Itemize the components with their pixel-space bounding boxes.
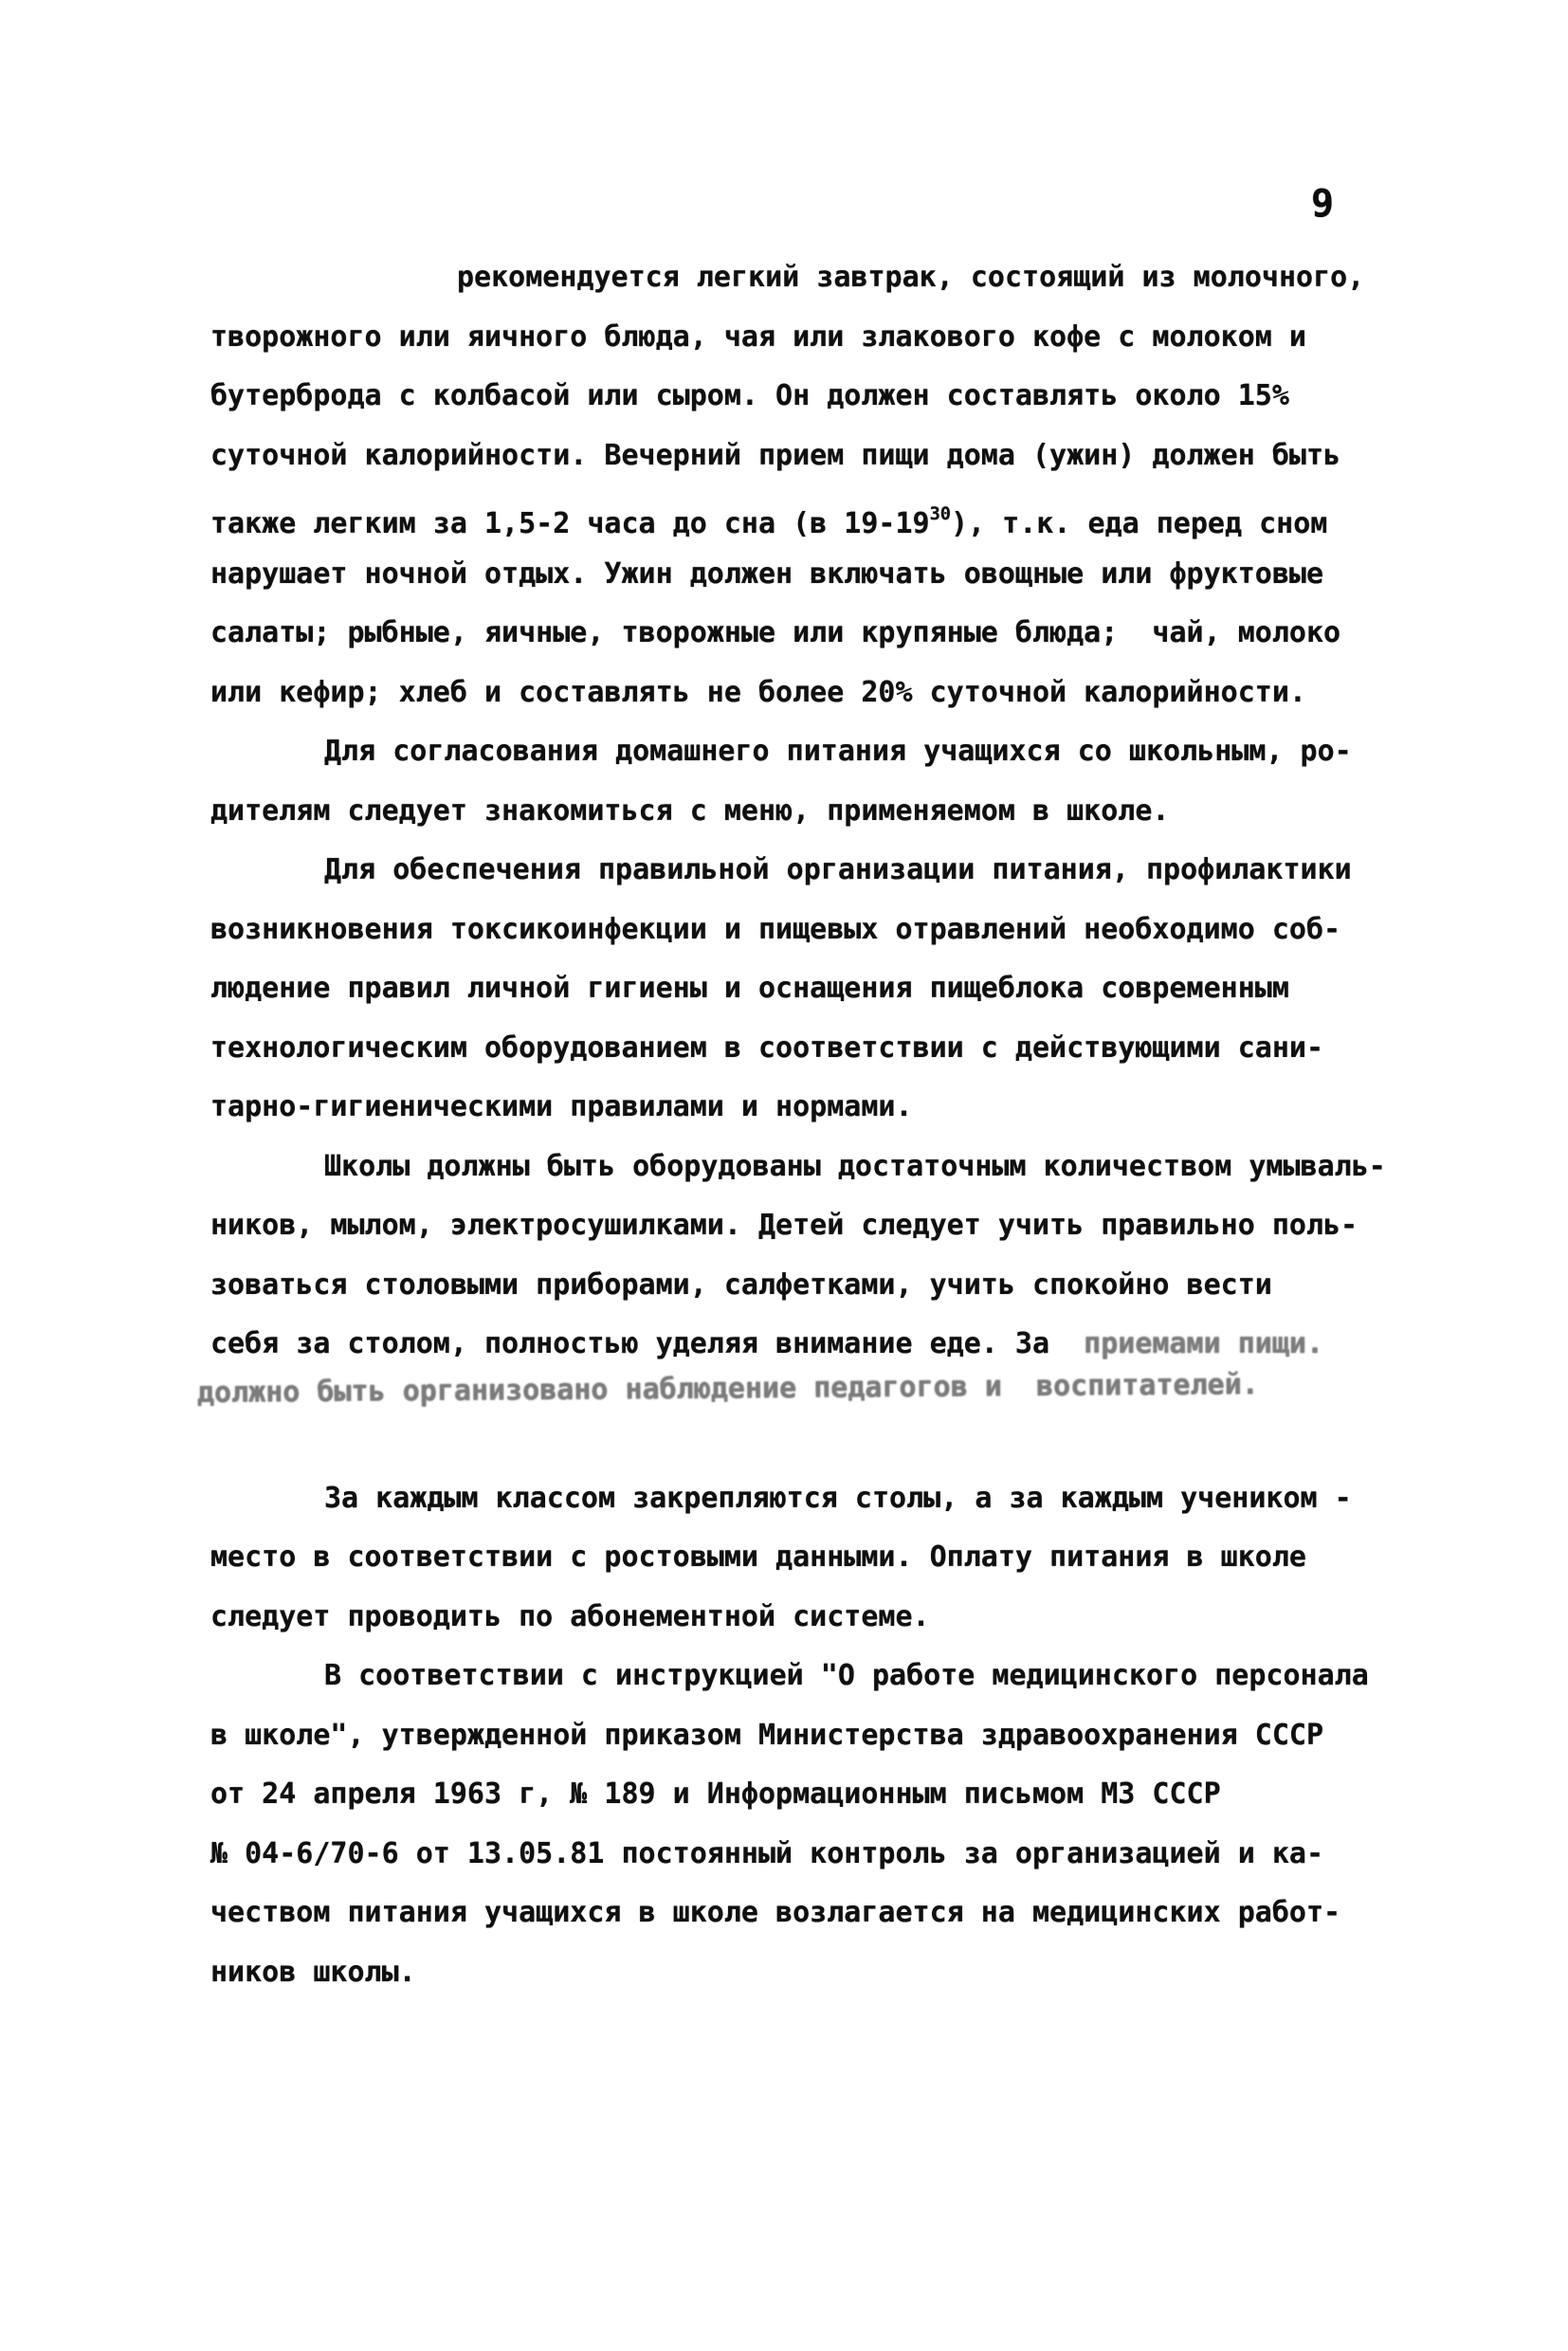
text-line: также легким за 1,5-2 часа до сна (в 19-… (210, 485, 1405, 545)
page-number: 9 (1311, 182, 1334, 226)
text-line: в школе", утвержденной приказом Министер… (210, 1706, 1405, 1766)
text-segment: приемами пищи. (1067, 1327, 1323, 1360)
text-line: суточной калорийности. Вечерний прием пи… (210, 427, 1405, 486)
scanned-page: 9 рекомендуется легкий завтрак, состоящи… (0, 0, 1568, 2351)
paragraph: За каждым классом закрепляются столы, а … (210, 1469, 1405, 1648)
text-line: За каждым классом закрепляются столы, а … (210, 1469, 1405, 1529)
text-line: технологическим оборудованием в соответс… (210, 1019, 1405, 1079)
text-segment: также легким за 1,5-2 часа до сна (в 19-… (210, 507, 930, 540)
text-line: рекомендуется легкий завтрак, состоящий … (210, 248, 1405, 308)
text-line: должно быть организовано наблюдение педа… (197, 1357, 1405, 1419)
text-line: Школы должны быть оборудованы достаточны… (210, 1138, 1405, 1197)
text-line: В соответствии с инструкцией "О работе м… (210, 1647, 1405, 1706)
text-line: от 24 апреля 1963 г, № 189 и Информацион… (210, 1765, 1405, 1825)
text-line: тарно-гигиеническими правилами и нормами… (210, 1078, 1405, 1138)
text-line: дителям следует знакомиться с меню, прим… (210, 782, 1405, 842)
text-segment: себя за столом, полностью уделяя внимани… (210, 1327, 1067, 1360)
text-line: Для обеспечения правильной организации п… (210, 841, 1405, 901)
text-line: творожного или яичного блюда, чая или зл… (210, 308, 1405, 368)
text-line: салаты; рыбные, яичные, творожные или кр… (210, 604, 1405, 664)
text-line: бутерброда с колбасой или сыром. Он долж… (210, 367, 1405, 427)
text-line: ников, мылом, электросушилками. Детей сл… (210, 1196, 1405, 1256)
text-line: возникновения токсикоинфекции и пищевых … (210, 901, 1405, 960)
text-line: место в соответствии с ростовыми данными… (210, 1528, 1405, 1588)
text-line: людение правил личной гигиены и оснащени… (210, 959, 1405, 1019)
superscript-text: 30 (930, 504, 951, 524)
text-line: следует проводить по абонементной систем… (210, 1588, 1405, 1648)
text-line: Для согласования домашнего питания учащи… (210, 722, 1405, 782)
paragraph: Для согласования домашнего питания учащи… (210, 722, 1405, 841)
text-line: ников школы. (210, 1943, 1405, 2003)
document-body: рекомендуется легкий завтрак, состоящий … (210, 248, 1405, 2002)
paragraph: Школы должны быть оборудованы достаточны… (210, 1138, 1405, 1420)
text-line: чеством питания учащихся в школе возлага… (210, 1884, 1405, 1943)
text-line: зоваться столовыми приборами, салфетками… (210, 1256, 1405, 1316)
text-line: № 04-6/70-6 от 13.05.81 постоянный контр… (210, 1825, 1405, 1885)
text-segment: ), т.к. еда перед сном (951, 507, 1327, 540)
paragraph: Для обеспечения правильной организации п… (210, 841, 1405, 1138)
paragraph: рекомендуется легкий завтрак, состоящий … (210, 248, 1405, 722)
text-line: нарушает ночной отдых. Ужин должен включ… (210, 545, 1405, 605)
paragraph: В соответствии с инструкцией "О работе м… (210, 1647, 1405, 2002)
text-line: или кефир; хлеб и составлять не более 20… (210, 664, 1405, 723)
